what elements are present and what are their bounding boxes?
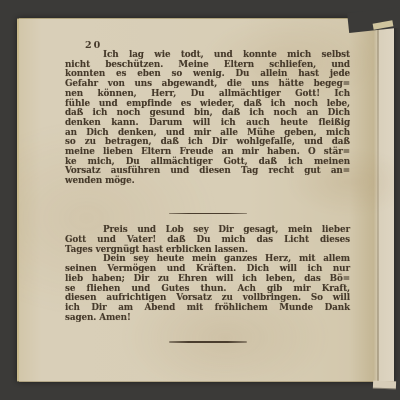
page-number: 20 [85,40,102,51]
gutter-crease [377,19,379,381]
book-scan: 20 Ich lag wie todt, und konnte mich sel… [0,0,400,400]
paragraph: Preis und Lob sey Dir gesagt, mein liebe… [65,226,350,255]
text-column: Ich lag wie todt, und konnte mich selbst… [65,51,350,355]
paragraph: Dein sey heute mein ganzes Herz, mit all… [65,255,350,323]
text-line: sagen. Amen! [65,314,350,324]
paragraph: Ich lag wie todt, und konnte mich selbst… [65,51,350,187]
separator-rule [169,213,247,215]
text-line: wenden möge. [65,177,350,187]
book-page: 20 Ich lag wie todt, und konnte mich sel… [17,18,394,382]
separator-rule [169,341,247,343]
next-leaf-edge [373,381,396,390]
